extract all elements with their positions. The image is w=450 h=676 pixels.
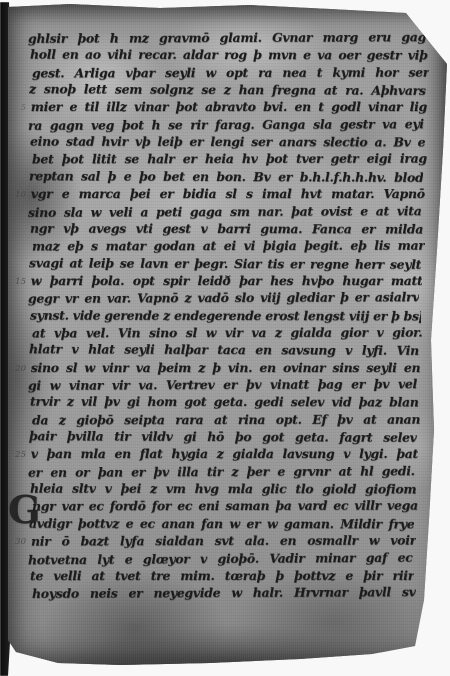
manuscript-text-line: te velli at tvet tre mim. tœraþ þ þottvz… (30, 568, 414, 585)
manuscript-text-line: þair þvilla tir vildv gi hō þo got geta.… (29, 428, 417, 447)
manuscript-text-line: sino sla w veli a peti gaga sm nar. þat … (28, 203, 422, 222)
manuscript-text-line: bet þot litit se halr er heia hv þot tve… (32, 151, 427, 169)
manuscript-text-line: reptan sal þ e þo bet en bon. Bv er b.h.… (29, 168, 423, 187)
manuscript-text-line: maz eþ s matar godan at ei vi þigia þegi… (32, 238, 425, 256)
margin-line-number: 5 (10, 103, 26, 113)
manuscript-text-line: svagi at leiþ se lavn er þegr. Siar tis … (29, 255, 421, 274)
manuscript-text-line: holl en ao vihi recar. aldar rog þ mvn e… (30, 47, 428, 65)
manuscript-text-line: hoysdo neis er neyegvide w halr. Hrvrnar… (32, 584, 416, 603)
manuscript-text-line: er en or þan er þv illa tir z þer e grvn… (28, 463, 415, 482)
manuscript-text-line: v þan mla en flat hygia z gialda lavsung… (31, 446, 418, 463)
margin-line-number: 10 (10, 190, 26, 200)
manuscript-text-line: z snoþ lett sem solgnz se z han fregna a… (29, 81, 426, 100)
parchment-leaf: 7 G ghlsir þot h mz gravmō glami. Gvnar … (0, 0, 450, 676)
margin-line-number: 30 (10, 537, 26, 547)
manuscript-text-line: sino sl w vinr va þeim z þ vin. en ovina… (31, 360, 420, 377)
manuscript-text-line: vgr e marca þei er bidia sl s imal hvt m… (31, 186, 425, 203)
manuscript-text-line: hleia sltv v þei z vm hvg mla glic tlo g… (30, 481, 416, 499)
folio-number: 7 (424, 12, 434, 30)
manuscript-text-line: w þarri þola. opt spir leidð þar hes hvþ… (31, 273, 423, 290)
manuscript-text-line: trvir z vil þv gi hom got geta. gedi sel… (30, 394, 419, 412)
manuscript-text-line: gest. Arliga vþar seyli w opt ra nea t k… (32, 64, 429, 82)
manuscript-text-line: gi w vinar vir va. Vertrev er þv vinatt … (28, 376, 417, 395)
manuscript-text-line: gegr vr en var. Vapnō z vadō slo viij gl… (28, 289, 419, 308)
manuscript-text-line: at vþa vel. Vin sino sl w vir va z giald… (32, 325, 422, 343)
manuscript-text-line: ghlsir þot h mz gravmō glami. Gvnar marg… (28, 29, 426, 48)
manuscript-text-line: hlatr v hlat seyli halþar taca en savsun… (29, 341, 419, 360)
manuscript-text-line: ngr vþ avegs vti gest v barri guma. Fanc… (30, 220, 423, 238)
manuscript-text-line: mier e til illz vinar þot abravto bvi. e… (31, 99, 427, 116)
manuscript-text-line: da z gioþō seipta rara at rina opt. Ef þ… (32, 411, 420, 429)
margin-line-number: 15 (10, 277, 26, 287)
manuscript-text-line: synst. vide gerende z endegerende erost … (30, 307, 421, 325)
manuscript-text-line: eino stad hvir vþ leiþ er lengi ser anar… (30, 134, 425, 152)
manuscript-text-line: nir ō bazt lyfa sialdan svt ala. en osma… (31, 533, 416, 551)
manuscript-text-line: ra gagn veg þot h se rir farag. Ganga sl… (28, 116, 424, 135)
margin-line-number: 20 (10, 364, 26, 374)
manuscript-photo: 7 G ghlsir þot h mz gravmō glami. Gvnar … (0, 0, 450, 676)
manuscript-text-line: avdigr þottvz e ec anan fan w er w gaman… (29, 515, 414, 533)
margin-line-number: 25 (10, 450, 26, 460)
manuscript-text-line: ngr var ec fordō for ec eni saman þa var… (32, 498, 418, 516)
manuscript-text-line: hotvetna lyt e glœyor v gioþō. Vadir min… (28, 549, 413, 569)
text-block: ghlsir þot h mz gravmō glami. Gvnar marg… (0, 0, 450, 676)
